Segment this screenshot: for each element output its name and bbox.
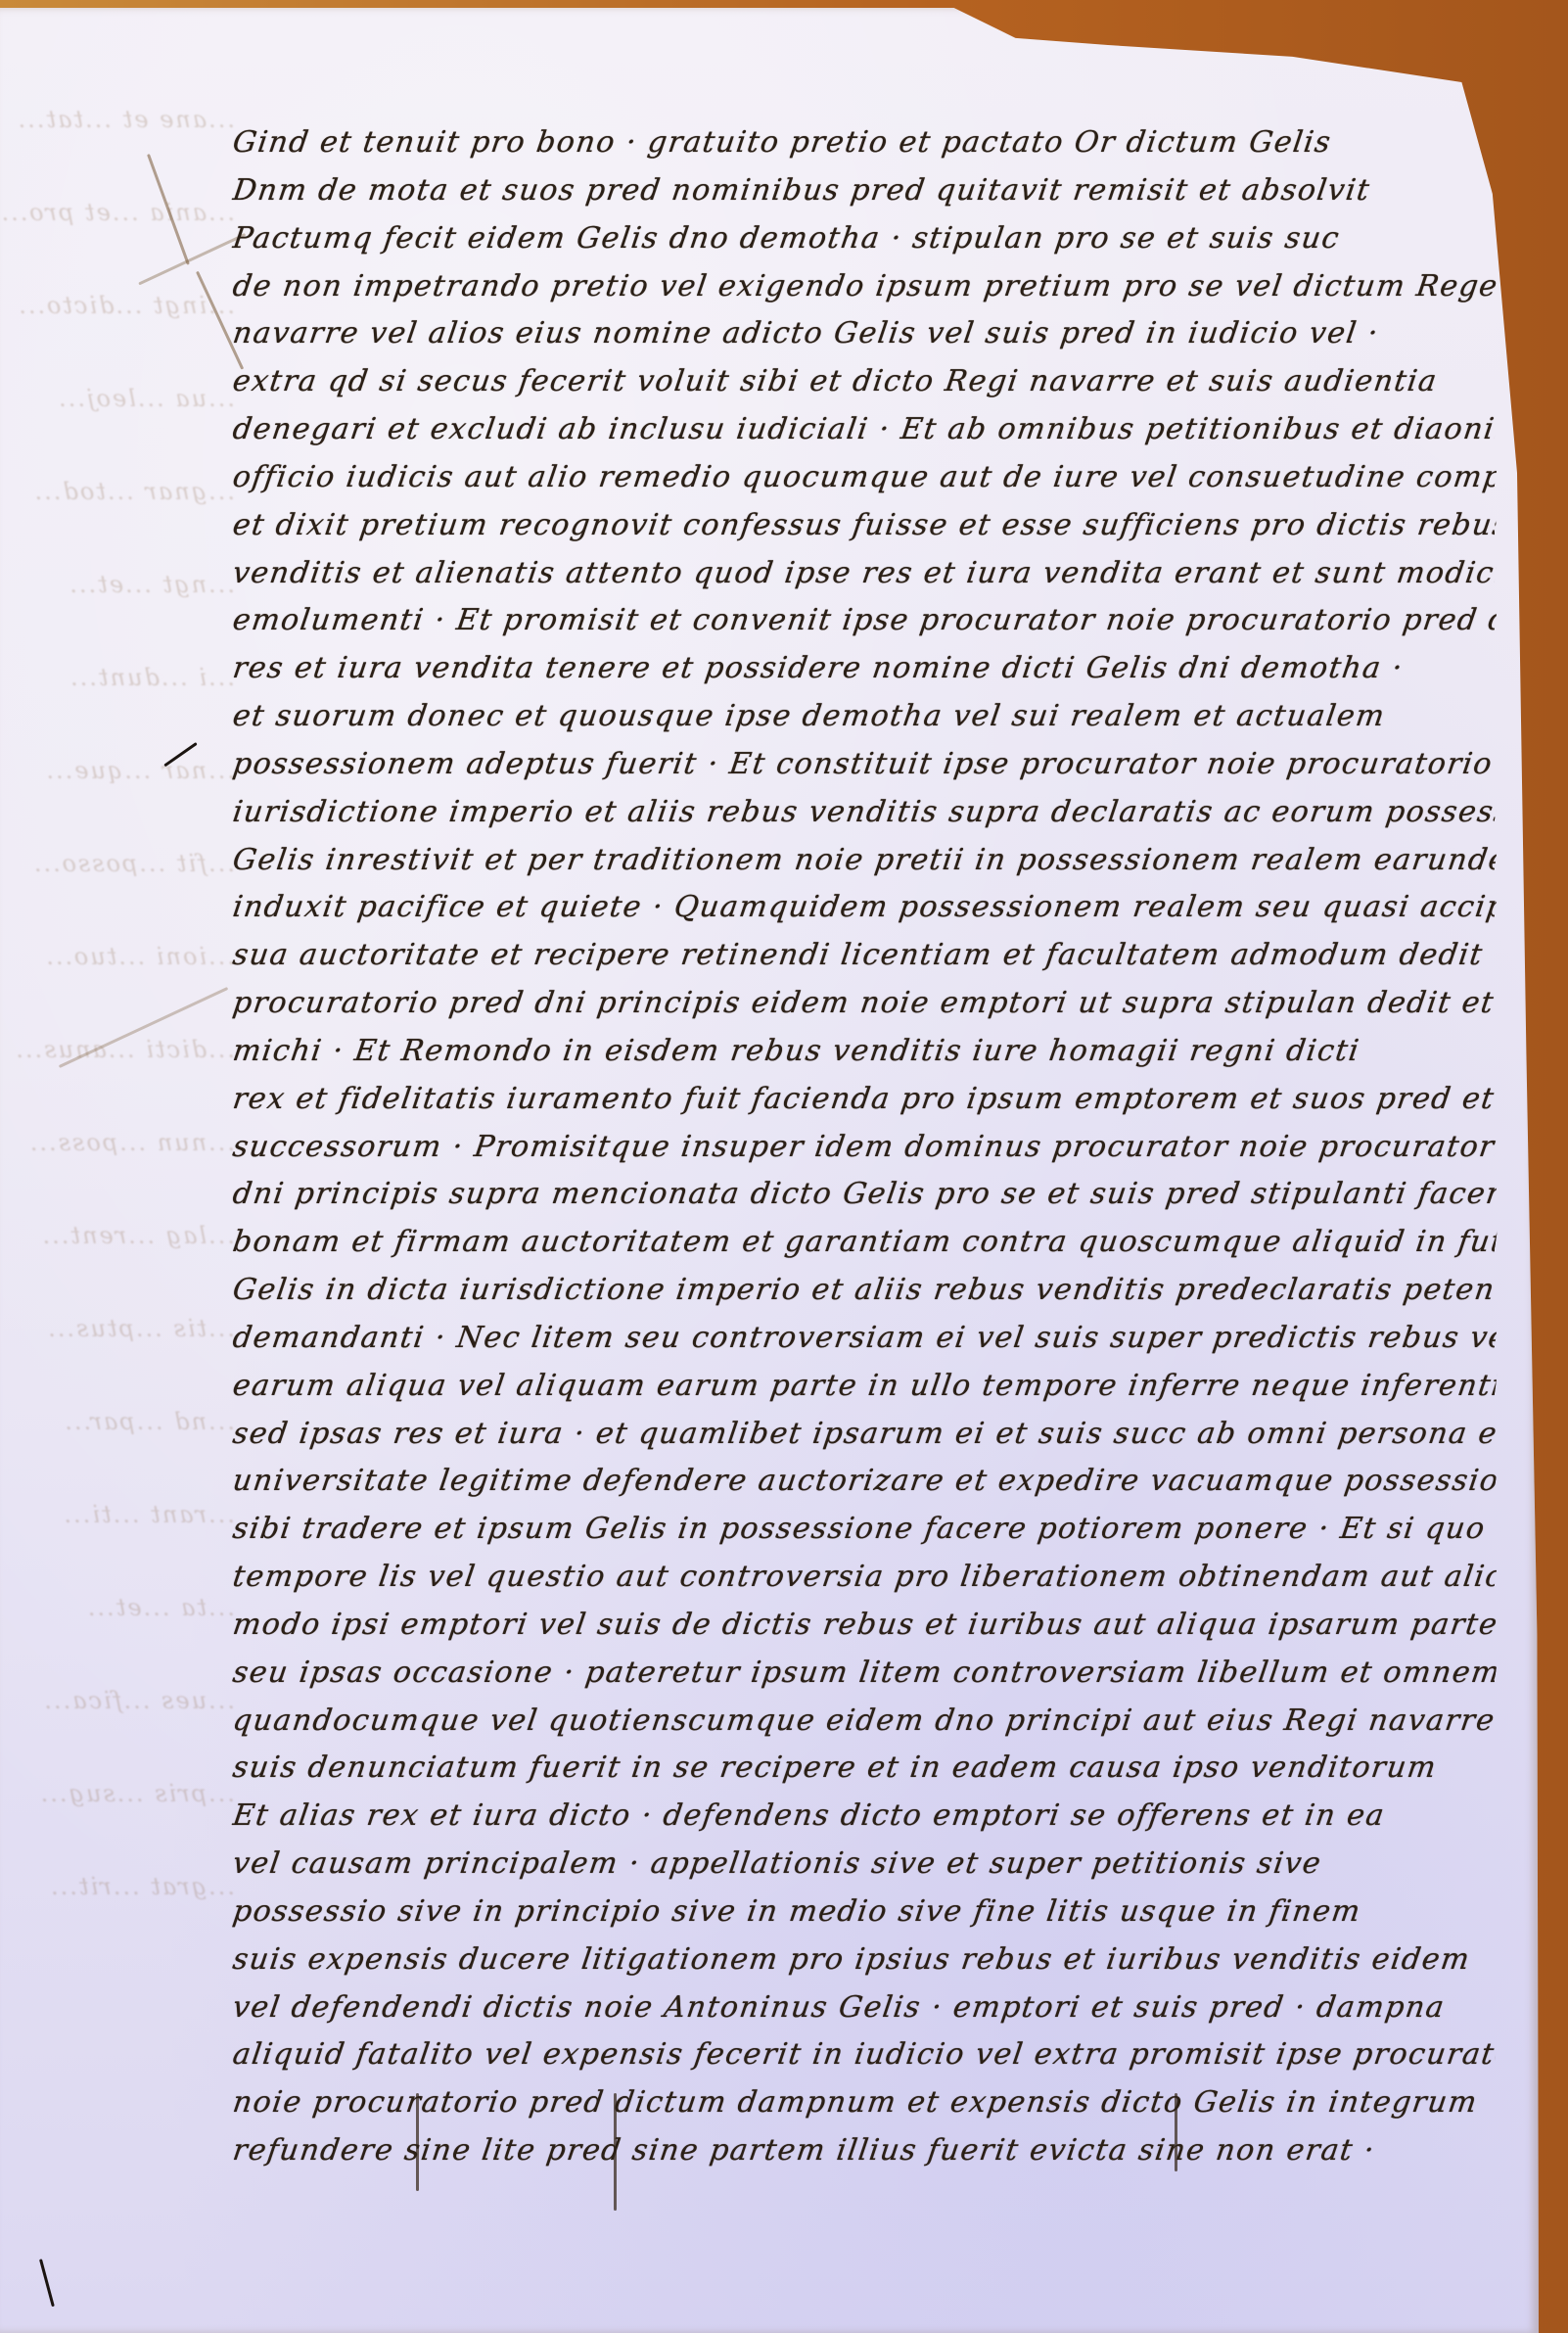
bleed-through-line: ...ua ...leoj...	[0, 385, 235, 412]
manuscript-line: iurisdictione imperio et aliis rebus ven…	[230, 793, 1499, 832]
manuscript-line: aliquid fatalito vel expensis fecerit in…	[230, 2035, 1499, 2075]
manuscript-line: sed ipsas res et iura · et quamlibet ips…	[230, 1415, 1499, 1454]
bleed-through-line: ...gnar ...tod...	[0, 478, 235, 505]
bleed-through-line: ...lag ...rent...	[0, 1222, 235, 1249]
manuscript-line: et suorum donec et quousque ipse demotha…	[230, 697, 1499, 736]
manuscript-line: universitate legitime defendere auctoriz…	[230, 1462, 1499, 1501]
bleed-through-line: ...i ...dunt...	[0, 664, 235, 691]
manuscript-line: extra qd si secus fecerit voluit sibi et…	[230, 362, 1499, 401]
manuscript-line: suis expensis ducere litigationem pro ip…	[230, 1940, 1499, 1980]
manuscript-line: Et alias rex et iura dicto · defendens d…	[230, 1796, 1499, 1836]
manuscript-line: modo ipsi emptori vel suis de dictis reb…	[230, 1606, 1499, 1645]
manuscript-line: procuratorio pred dni principis eidem no…	[230, 984, 1499, 1023]
manuscript-line: sibi tradere et ipsum Gelis in possessio…	[230, 1510, 1499, 1549]
manuscript-line: dni principis supra mencionata dicto Gel…	[230, 1175, 1499, 1214]
manuscript-line: rex et fidelitatis iuramento fuit facien…	[230, 1080, 1499, 1119]
bleed-through-line: ...ingt ...dicto...	[0, 292, 235, 319]
bleed-through-line: ...grat ...rit...	[0, 1873, 235, 1900]
manuscript-line: demandanti · Nec litem seu controversiam…	[230, 1319, 1499, 1358]
bleed-through-line: ...fit ...posso...	[0, 850, 235, 877]
bleed-through-line: ...nar ...que...	[0, 757, 235, 784]
manuscript-line: earum aliqua vel aliquam earum parte in …	[230, 1367, 1499, 1406]
manuscript-line: quandocumque vel quotienscumque eidem dn…	[230, 1702, 1499, 1741]
manuscript-line: Gind et tenuit pro bono · gratuito preti…	[230, 123, 1499, 163]
manuscript-line: denegari et excludi ab inclusu iudiciali…	[230, 410, 1499, 449]
bleed-through-line: ...nun ...poss...	[0, 1129, 235, 1156]
manuscript-line: res et iura vendita tenere et possidere …	[230, 649, 1499, 688]
manuscript-line: vel defendendi dictis noie Antoninus Gel…	[230, 1988, 1499, 2028]
manuscript-line: possessio sive in principio sive in medi…	[230, 1892, 1499, 1932]
margin-ink-mark	[39, 2259, 55, 2307]
bleed-through-line: ...ngt ...et...	[0, 571, 235, 598]
manuscript-line: et dixit pretium recognovit confessus fu…	[230, 506, 1499, 545]
manuscript-line: navarre vel alios eius nomine adicto Gel…	[230, 314, 1499, 353]
manuscript-line: successorum · Promisitque insuper idem d…	[230, 1128, 1499, 1167]
manuscript-line: induxit pacifice et quiete · Quamquidem …	[230, 888, 1499, 927]
bleed-through-line: ...ania ...et pro...	[0, 199, 235, 226]
manuscript-line: Gelis inrestivit et per traditionem noie…	[230, 841, 1499, 880]
bleed-through-line: ...ta ...et...	[0, 1594, 235, 1621]
manuscript-line: suis denunciatum fuerit in se recipere e…	[230, 1749, 1499, 1788]
manuscript-line: Dnm de mota et suos pred nominibus pred …	[230, 171, 1499, 210]
bleed-through-line: ...ane et ...tat...	[0, 106, 235, 133]
manuscript-line: Gelis in dicta iurisdictione imperio et …	[230, 1271, 1499, 1310]
bleed-through-line: ...rant ...ti...	[0, 1501, 235, 1528]
manuscript-line: emolumenti · Et promisit et convenit ips…	[230, 601, 1499, 640]
manuscript-line: michi · Et Remondo in eisdem rebus vendi…	[230, 1032, 1499, 1071]
manuscript-line: seu ipsas occasione · pateretur ipsum li…	[230, 1654, 1499, 1693]
manuscript-line: possessionem adeptus fuerit · Et constit…	[230, 745, 1499, 784]
manuscript-line: refundere sine lite pred sine partem ill…	[230, 2131, 1499, 2170]
bleed-through-text: ...ane et ...tat......ania ...et pro....…	[0, 106, 235, 2064]
manuscript-line: tempore lis vel questio aut controversia…	[230, 1558, 1499, 1597]
manuscript-line: vel causam principalem · appellationis s…	[230, 1844, 1499, 1884]
manuscript-line: noie procuratorio pred dictum dampnum et…	[230, 2083, 1499, 2123]
manuscript-line: sua auctoritate et recipere retinendi li…	[230, 936, 1499, 975]
bleed-through-line: ...tis ...ptus...	[0, 1315, 235, 1342]
manuscript-line: officio iudicis aut alio remedio quocumq…	[230, 458, 1499, 497]
manuscript-line: venditis et alienatis attento quod ipse …	[230, 554, 1499, 593]
bleed-through-line: ...pris ...sug...	[0, 1780, 235, 1807]
bleed-through-line: ...ues ...fica...	[0, 1687, 235, 1714]
manuscript-line: Pactumq fecit eidem Gelis dno demotha · …	[230, 219, 1499, 258]
manuscript-line: bonam et firmam auctoritatem et garantia…	[230, 1223, 1499, 1262]
bleed-through-line: ...nd ...par...	[0, 1408, 235, 1435]
manuscript-line: de non impetrando pretio vel exigendo ip…	[230, 267, 1499, 306]
bleed-through-line: ...ioni ...tuo...	[0, 943, 235, 970]
manuscript-page: ...ane et ...tat......ania ...et pro....…	[0, 8, 1539, 2333]
